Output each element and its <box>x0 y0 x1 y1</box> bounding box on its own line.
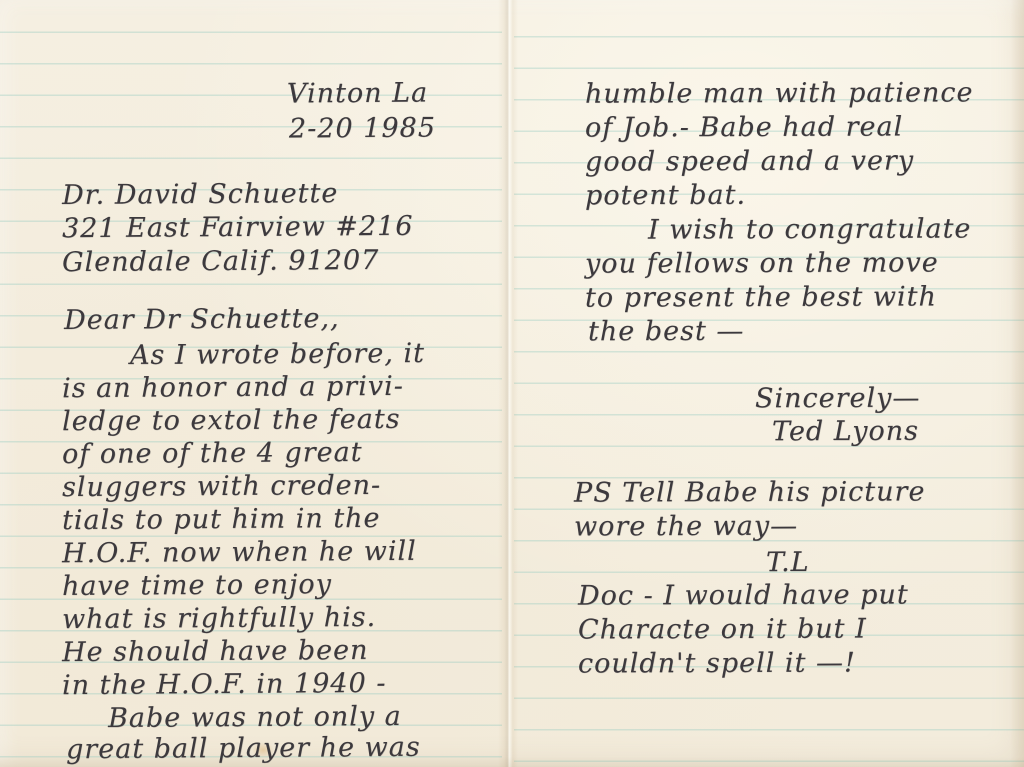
body-line: H.O.F. now when he will <box>62 538 417 567</box>
body-line: sluggers with creden- <box>62 472 381 501</box>
body-line: of Job.- Babe had real <box>585 113 903 141</box>
body-line: what is rightfully his. <box>62 604 376 633</box>
body-line: ledge to extol the feats <box>62 406 401 435</box>
body-line: to present the best with <box>585 283 937 311</box>
note-line: Characte on it but I <box>578 615 867 643</box>
ps-initials: T.L <box>766 549 810 576</box>
body-line: the best — <box>588 318 744 346</box>
recipient-city: Glendale Calif. 91207 <box>62 247 379 276</box>
body-line: I wish to congratulate <box>648 215 971 243</box>
body-line: great ball player he was <box>66 734 421 763</box>
page-fold-seam <box>498 0 518 767</box>
handwritten-letter-scan: Vinton La 2-20 1985 Dr. David Schuette 3… <box>0 0 1024 767</box>
ps-line: wore the way— <box>574 513 798 541</box>
body-line: of one of the 4 great <box>62 439 363 468</box>
letter-place: Vinton La <box>287 80 428 108</box>
recipient-street: 321 East Fairview #216 <box>62 213 414 242</box>
body-line: He should have been <box>62 637 369 666</box>
body-line: humble man with patience <box>585 79 974 107</box>
paper-edge-shadow-right <box>1010 0 1024 767</box>
body-line: is an honor and a privi- <box>62 373 404 402</box>
body-line: potent bat. <box>585 182 746 210</box>
body-line: As I wrote before, it <box>130 340 425 369</box>
body-line: Babe was not only a <box>108 703 402 732</box>
note-line: Doc - I would have put <box>578 581 909 609</box>
ps-line: PS Tell Babe his picture <box>574 478 925 506</box>
body-line: in the H.O.F. in 1940 - <box>62 670 387 699</box>
salutation: Dear Dr Schuette,, <box>64 305 340 334</box>
body-line: tials to put him in the <box>62 505 381 534</box>
note-line: couldn't spell it —! <box>578 650 856 678</box>
closing: Sincerely— <box>755 385 920 413</box>
body-line: good speed and a very <box>585 147 914 175</box>
body-line: you fellows on the move <box>585 249 939 277</box>
letter-date: 2-20 1985 <box>289 114 436 142</box>
body-line: have time to enjoy <box>62 571 332 600</box>
signature: Ted Lyons <box>772 418 919 446</box>
recipient-name: Dr. David Schuette <box>62 180 338 209</box>
